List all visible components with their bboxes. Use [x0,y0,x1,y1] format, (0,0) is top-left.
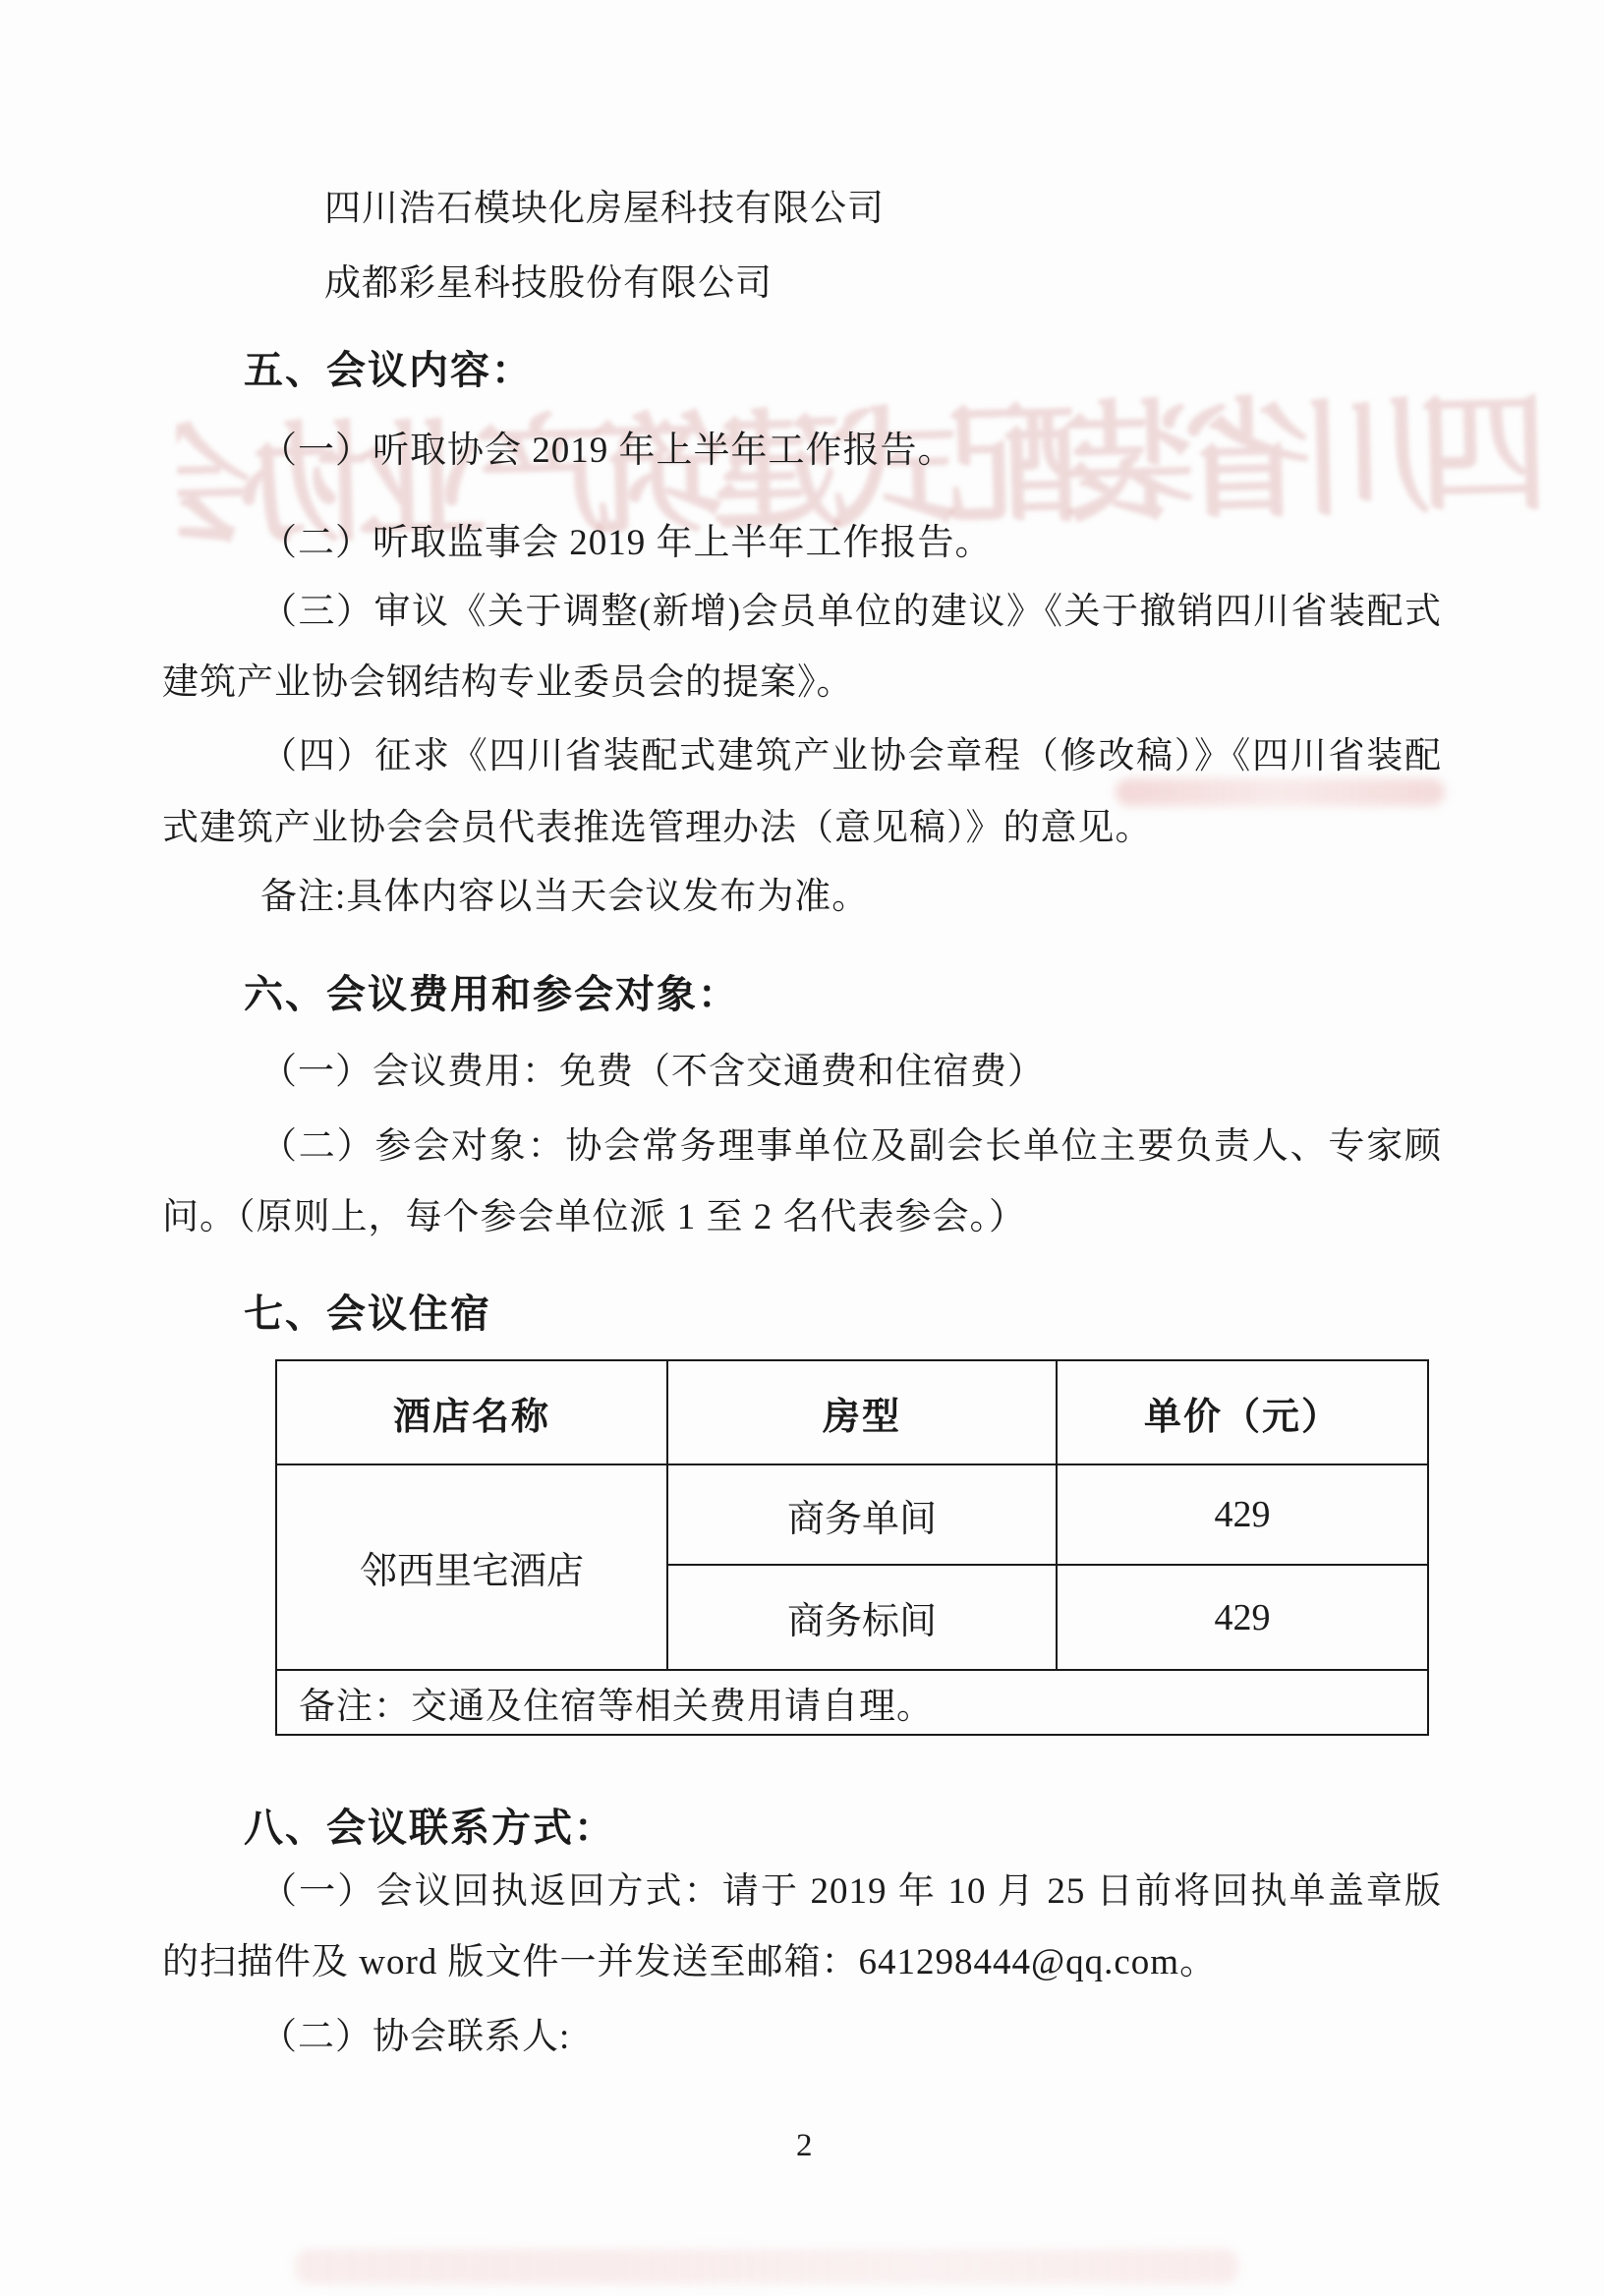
section6-item2-line2: 问。（原则上，每个参会单位派 1 至 2 名代表参会。） [162,1193,1026,1242]
table-note-cell: 备注：交通及住宿等相关费用请自理。 [276,1670,1428,1735]
section5-item2: （二）听取监事会 2019 年上半年工作报告。 [260,519,993,568]
price-cell: 429 [1057,1565,1428,1670]
room-type-cell: 商务标间 [667,1565,1057,1670]
hotel-name-cell: 邻西里宅酒店 [276,1464,667,1670]
section5-item3-line2: 建筑产业协会钢结构专业委员会的提案》。 [162,659,854,708]
recipient-company-1: 四川浩石模块化房屋科技有限公司 [324,185,885,234]
header-hotel-name: 酒店名称 [276,1360,667,1464]
scanned-document-page: 四川省装配式建筑产业协会 四川浩石模块化房屋科技有限公司 成都彩星科技股份有限公… [0,0,1604,2296]
section8-item2: （二）协会联系人: [260,2013,570,2062]
section8-item1-line2: 的扫描件及 word 版文件一并发送至邮箱：641298444@qq.com。 [162,1938,1217,1987]
price-cell: 429 [1057,1464,1428,1565]
table-header-row: 酒店名称 房型 单价（元） [276,1360,1428,1464]
table-row: 邻西里宅酒店 商务单间 429 [276,1464,1428,1565]
section6-heading: 六、会议费用和参会对象： [244,968,739,1021]
red-ink-smudge [1116,778,1445,806]
section6-item2-line1: （二）参会对象：协会常务理事单位及副会长单位主要负责人、专家顾 [260,1122,1442,1172]
section8-heading: 八、会议联系方式： [244,1802,615,1855]
recipient-company-2: 成都彩星科技股份有限公司 [324,259,773,309]
section5-heading: 五、会议内容： [244,344,533,397]
section5-item4-line2: 式建筑产业协会会员代表推选管理办法（意见稿）》的意见。 [162,804,1153,853]
room-type-cell: 商务单间 [667,1464,1057,1565]
red-ink-smudge-bottom [295,2249,1238,2284]
section5-note: 备注:具体内容以当天会议发布为准。 [260,873,869,922]
section5-item1: （一）听取协会 2019 年上半年工作报告。 [260,427,955,476]
header-room-type: 房型 [667,1360,1057,1464]
header-unit-price: 单价（元） [1057,1360,1428,1464]
section6-item1: （一）会议费用：免费（不含交通费和住宿费） [260,1048,1045,1097]
table-note-row: 备注：交通及住宿等相关费用请自理。 [276,1670,1428,1735]
page-number: 2 [796,2128,813,2164]
hotel-pricing-table: 酒店名称 房型 单价（元） 邻西里宅酒店 商务单间 429 商务标间 429 备… [275,1359,1429,1736]
section5-item4-line1: （四）征求《四川省装配式建筑产业协会章程（修改稿）》《四川省装配 [260,732,1442,781]
section5-item3-line1: （三）审议《关于调整(新增)会员单位的建议》《关于撤销四川省装配式 [260,588,1442,637]
section7-heading: 七、会议住宿 [244,1288,491,1341]
section8-item1-line1: （一）会议回执返回方式：请于 2019 年 10 月 25 日前将回执单盖章版 [260,1867,1442,1917]
